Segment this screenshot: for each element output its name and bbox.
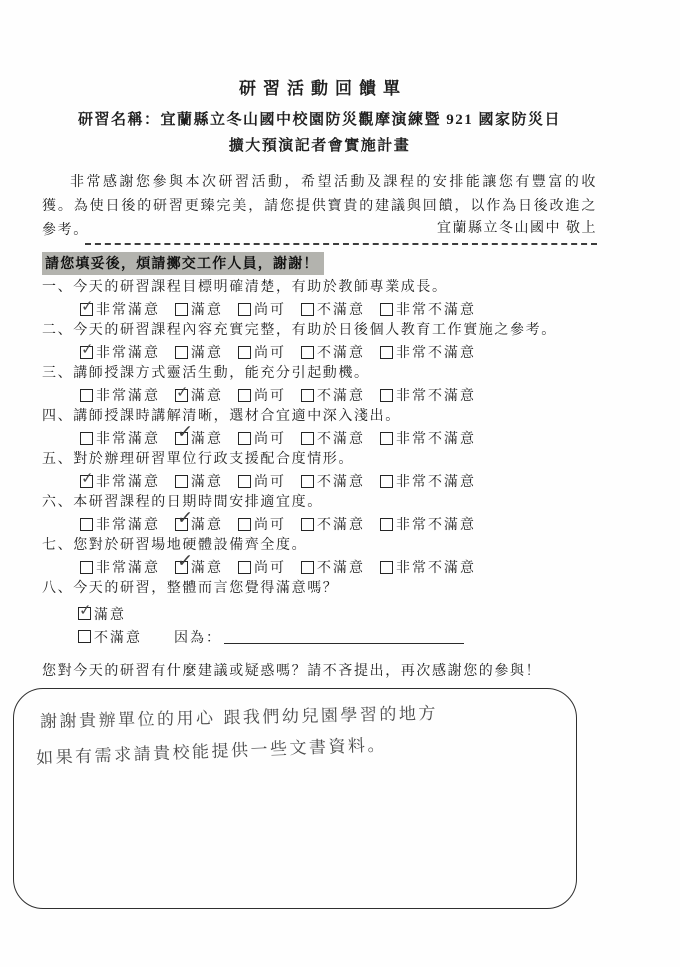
options-row: ✓非常滿意滿意尚可不滿意非常不滿意 [80,470,597,492]
questions-list: 一、今天的研習課程目標明確清楚，有助於教師專業成長。✓非常滿意滿意尚可不滿意非常… [42,277,597,578]
options-row: ✓非常滿意滿意尚可不滿意非常不滿意 [80,298,597,320]
question-block: 四、講師授課時講解清晰，選材合宜適中深入淺出。非常滿意✓滿意尚可不滿意非常不滿意 [42,406,597,449]
q8-option-unsatisfied-row: 不滿意 因為： [78,625,597,648]
option-label: 非常滿意 [96,557,160,577]
option-label: 滿意 [191,385,223,405]
option-label: 不滿意 [317,385,365,405]
option-label: 非常不滿意 [396,428,476,448]
checkbox[interactable] [301,561,314,574]
checkbox[interactable] [380,389,393,402]
checkbox[interactable] [380,303,393,316]
option-label: 滿意 [191,299,223,319]
option-label: 非常滿意 [96,471,160,491]
option: 尚可 [238,342,286,362]
option-label: 滿意 [191,557,223,577]
option-label: 尚可 [254,557,286,577]
option-label: 非常不滿意 [396,514,476,534]
checkbox[interactable] [175,303,188,316]
question-block-8: 八、今天的研習，整體而言您覺得滿意嗎？ ✓ 滿意 不滿意 因為： [42,578,597,648]
question-text: 七、您對於研習場地硬體設備齊全度。 [42,535,597,556]
option-label: 尚可 [254,342,286,362]
checkbox[interactable] [380,561,393,574]
checkmark: ✓ [80,470,94,486]
checkbox[interactable] [301,432,314,445]
option: 非常滿意 [80,428,160,448]
question-block: 六、本研習課程的日期時間安排適宜度。非常滿意✓滿意尚可不滿意非常不滿意 [42,492,597,535]
checkbox[interactable] [301,475,314,488]
options-row: 非常滿意✓滿意尚可不滿意非常不滿意 [80,427,597,449]
option: ✓非常滿意 [80,299,160,319]
option-label: 尚可 [254,299,286,319]
option: 非常滿意 [80,385,160,405]
checkbox[interactable] [238,518,251,531]
reason-input-line[interactable] [224,629,464,644]
checkbox[interactable]: ✓ [175,432,188,445]
checkbox[interactable] [238,303,251,316]
option: 不滿意 [301,557,365,577]
checkbox[interactable] [238,389,251,402]
checkbox[interactable] [238,561,251,574]
option-label: 非常不滿意 [396,385,476,405]
option-label: 非常滿意 [96,299,160,319]
checkbox[interactable] [175,475,188,488]
event-name-line2: 擴大預演記者會實施計畫 [42,134,597,155]
checkbox[interactable] [80,561,93,574]
option: 非常不滿意 [380,428,476,448]
question-block: 七、您對於研習場地硬體設備齊全度。非常滿意✓滿意尚可不滿意非常不滿意 [42,535,597,578]
checkmark: ✓ [175,384,189,400]
checkbox[interactable] [301,346,314,359]
option-label: 滿意 [191,428,223,448]
scanned-feedback-form: 研習活動回饋單 研習名稱：宜蘭縣立冬山國中校園防災觀摩演練暨 921 國家防災日… [0,0,680,967]
options-row: ✓非常滿意滿意尚可不滿意非常不滿意 [80,341,597,363]
option: 滿意 [175,299,223,319]
q8-option-satisfied-row: ✓ 滿意 [78,602,597,625]
options-row: 非常滿意✓滿意尚可不滿意非常不滿意 [80,513,597,535]
option: 尚可 [238,557,286,577]
checkbox[interactable] [380,346,393,359]
option-label: 不滿意 [317,299,365,319]
option-label: 非常不滿意 [396,299,476,319]
option: 非常不滿意 [380,342,476,362]
handwritten-note-line1: 謝謝貴辦單位的用心 跟我們幼兒園學習的地方 [40,699,438,732]
page-title: 研習活動回饋單 [42,74,597,99]
option: 非常滿意 [80,514,160,534]
checkbox[interactable]: ✓ [175,389,188,402]
checkmark: ✓ [78,603,92,619]
question-text: 四、講師授課時講解清晰，選材合宜適中深入淺出。 [42,406,597,427]
option: 尚可 [238,299,286,319]
checkbox[interactable] [80,432,93,445]
option: 尚可 [238,428,286,448]
option-label: 非常滿意 [96,514,160,534]
question-block: 三、講師授課方式靈活生動，能充分引起動機。非常滿意✓滿意尚可不滿意非常不滿意 [42,363,597,406]
option-label: 滿意 [191,342,223,362]
option: 不滿意 [301,385,365,405]
instruction-banner: 請您填妥後，煩請擲交工作人員，謝謝！ [42,252,324,275]
option-label: 滿意 [94,604,126,624]
option: 非常不滿意 [380,514,476,534]
signoff-text: 宜蘭縣立冬山國中 敬上 [42,217,597,237]
option: ✓非常滿意 [80,342,160,362]
option: 不滿意 [301,471,365,491]
option: 不滿意 [301,299,365,319]
checkbox[interactable] [238,475,251,488]
comment-box[interactable]: 謝謝貴辦單位的用心 跟我們幼兒園學習的地方 如果有需求請貴校能提供一些文書資料。 [13,688,577,909]
suggestion-prompt: 您對今天的研習有什麼建議或疑惑嗎？請不吝提出，再次感謝您的參與！ [42,660,597,680]
option-label: 非常不滿意 [396,471,476,491]
checkbox[interactable] [301,518,314,531]
option-label: 尚可 [254,385,286,405]
option: 滿意 [175,342,223,362]
option-label: 尚可 [254,514,286,534]
option-label: 不滿意 [317,471,365,491]
checkbox[interactable] [80,518,93,531]
dashed-separator [85,243,597,245]
option-label: 非常不滿意 [396,342,476,362]
option-label: 尚可 [254,471,286,491]
option: ✓滿意 [175,385,223,405]
option: 尚可 [238,471,286,491]
option-label: 非常滿意 [96,342,160,362]
options-row: 非常滿意✓滿意尚可不滿意非常不滿意 [80,384,597,406]
question-block: 一、今天的研習課程目標明確清楚，有助於教師專業成長。✓非常滿意滿意尚可不滿意非常… [42,277,597,320]
option: 滿意 [175,471,223,491]
option: 尚可 [238,514,286,534]
option-label: 非常不滿意 [396,557,476,577]
options-row: 非常滿意✓滿意尚可不滿意非常不滿意 [80,556,597,578]
checkbox[interactable] [238,346,251,359]
option: ✓非常滿意 [80,471,160,491]
question-text: 三、講師授課方式靈活生動，能充分引起動機。 [42,363,597,384]
handwritten-note-line2: 如果有需求請貴校能提供一些文書資料。 [36,730,388,768]
option: ✓滿意 [175,557,223,577]
checkbox[interactable]: ✓ [80,303,93,316]
checkbox[interactable] [301,303,314,316]
checkbox[interactable]: ✓ [80,346,93,359]
option: 不滿意 [301,428,365,448]
checkbox[interactable]: ✓ [80,475,93,488]
option-label: 非常滿意 [96,428,160,448]
option: 不滿意 [301,342,365,362]
checkbox[interactable] [238,432,251,445]
checkbox[interactable] [301,389,314,402]
question-block: 二、今天的研習課程內容充實完整，有助於日後個人教育工作實施之參考。✓非常滿意滿意… [42,320,597,363]
question-text: 二、今天的研習課程內容充實完整，有助於日後個人教育工作實施之參考。 [42,320,597,341]
checkbox[interactable]: ✓ [175,561,188,574]
option-label: 不滿意 [94,627,142,647]
option: ✓滿意 [175,514,223,534]
checkbox[interactable] [380,518,393,531]
checkbox[interactable] [380,475,393,488]
option-label: 不滿意 [317,514,365,534]
question-text: 六、本研習課程的日期時間安排適宜度。 [42,492,597,513]
question-text: 八、今天的研習，整體而言您覺得滿意嗎？ [42,578,597,599]
option-label: 不滿意 [317,342,365,362]
checkbox[interactable]: ✓ [175,518,188,531]
checkbox[interactable] [175,346,188,359]
option: 非常不滿意 [380,471,476,491]
option: 非常不滿意 [380,557,476,577]
checkmark: ✓ [80,298,94,314]
option-label: 滿意 [191,514,223,534]
reason-label: 因為： [174,627,222,647]
question-block: 五、對於辦理研習單位行政支援配合度情形。✓非常滿意滿意尚可不滿意非常不滿意 [42,449,597,492]
question-text: 五、對於辦理研習單位行政支援配合度情形。 [42,449,597,470]
option: 非常不滿意 [380,385,476,405]
checkbox[interactable] [380,432,393,445]
checkbox-unsatisfied[interactable] [78,630,91,643]
checkbox-satisfied[interactable]: ✓ [78,607,91,620]
checkbox[interactable] [80,389,93,402]
option-label: 不滿意 [317,428,365,448]
option: 尚可 [238,385,286,405]
option-label: 滿意 [191,471,223,491]
option: ✓滿意 [175,428,223,448]
option: 不滿意 [301,514,365,534]
option-label: 非常滿意 [96,385,160,405]
option-label: 尚可 [254,428,286,448]
option: 非常滿意 [80,557,160,577]
option-label: 不滿意 [317,557,365,577]
question-text: 一、今天的研習課程目標明確清楚，有助於教師專業成長。 [42,277,597,298]
event-name-line1: 研習名稱：宜蘭縣立冬山國中校園防災觀摩演練暨 921 國家防災日 [42,108,597,129]
option: 非常不滿意 [380,299,476,319]
checkmark: ✓ [80,341,94,357]
